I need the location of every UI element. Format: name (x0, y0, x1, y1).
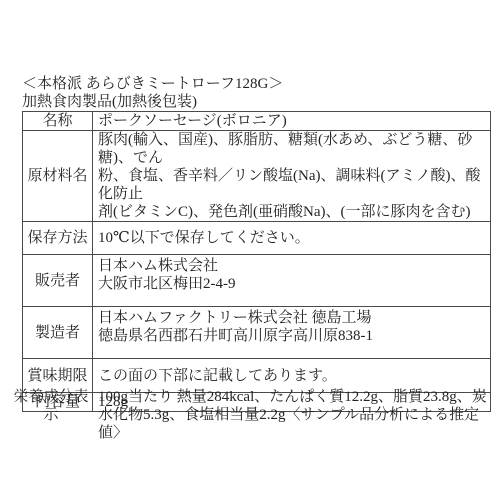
table-row-name: 名称 ポークソーセージ(ボロニア) (23, 112, 491, 131)
table-row-storage: 保存方法 10℃以下で保存してください。 (23, 222, 491, 255)
row-value-storage: 10℃以下で保存してください。 (93, 222, 491, 255)
label-header: ＜本格派 あらびきミートローフ128G＞ 加熱食肉製品(加熱後包装) (22, 76, 283, 111)
product-label-page: ＜本格派 あらびきミートローフ128G＞ 加熱食肉製品(加熱後包装) 名称 ポー… (0, 0, 500, 500)
row-label-storage: 保存方法 (23, 222, 93, 255)
row-label-manufacturer: 製造者 (23, 307, 93, 359)
product-category: 加熱食肉製品(加熱後包装) (22, 94, 283, 112)
row-value-name: ポークソーセージ(ボロニア) (93, 112, 491, 131)
row-label-name: 名称 (23, 112, 93, 131)
nutrition-value: 100g当たり 熱量284kcal、たんぱく質12.2g、脂質23.8g、炭 水… (92, 388, 488, 442)
nutrition-row: 栄養成分表示 100g当たり 熱量284kcal、たんぱく質12.2g、脂質23… (10, 388, 488, 442)
nutrition-label: 栄養成分表示 (10, 388, 92, 442)
row-value-manufacturer: 日本ハムファクトリー株式会社 徳島工場 徳島県名西郡石井町高川原字高川原838-… (93, 307, 491, 359)
product-title: ＜本格派 あらびきミートローフ128G＞ (22, 76, 283, 94)
row-label-seller: 販売者 (23, 255, 93, 307)
row-value-seller: 日本ハム株式会社 大阪市北区梅田2-4-9 (93, 255, 491, 307)
table-row-ingredients: 原材料名 豚肉(輸入、国産)、豚脂肪、糖類(水あめ、ぶどう糖、砂糖)、でん 粉、… (23, 131, 491, 222)
table-row-seller: 販売者 日本ハム株式会社 大阪市北区梅田2-4-9 (23, 255, 491, 307)
row-value-ingredients: 豚肉(輸入、国産)、豚脂肪、糖類(水あめ、ぶどう糖、砂糖)、でん 粉、食塩、香辛… (93, 131, 491, 222)
spec-table: 名称 ポークソーセージ(ボロニア) 原材料名 豚肉(輸入、国産)、豚脂肪、糖類(… (22, 111, 491, 412)
row-label-ingredients: 原材料名 (23, 131, 93, 222)
table-row-manufacturer: 製造者 日本ハムファクトリー株式会社 徳島工場 徳島県名西郡石井町高川原字高川原… (23, 307, 491, 359)
